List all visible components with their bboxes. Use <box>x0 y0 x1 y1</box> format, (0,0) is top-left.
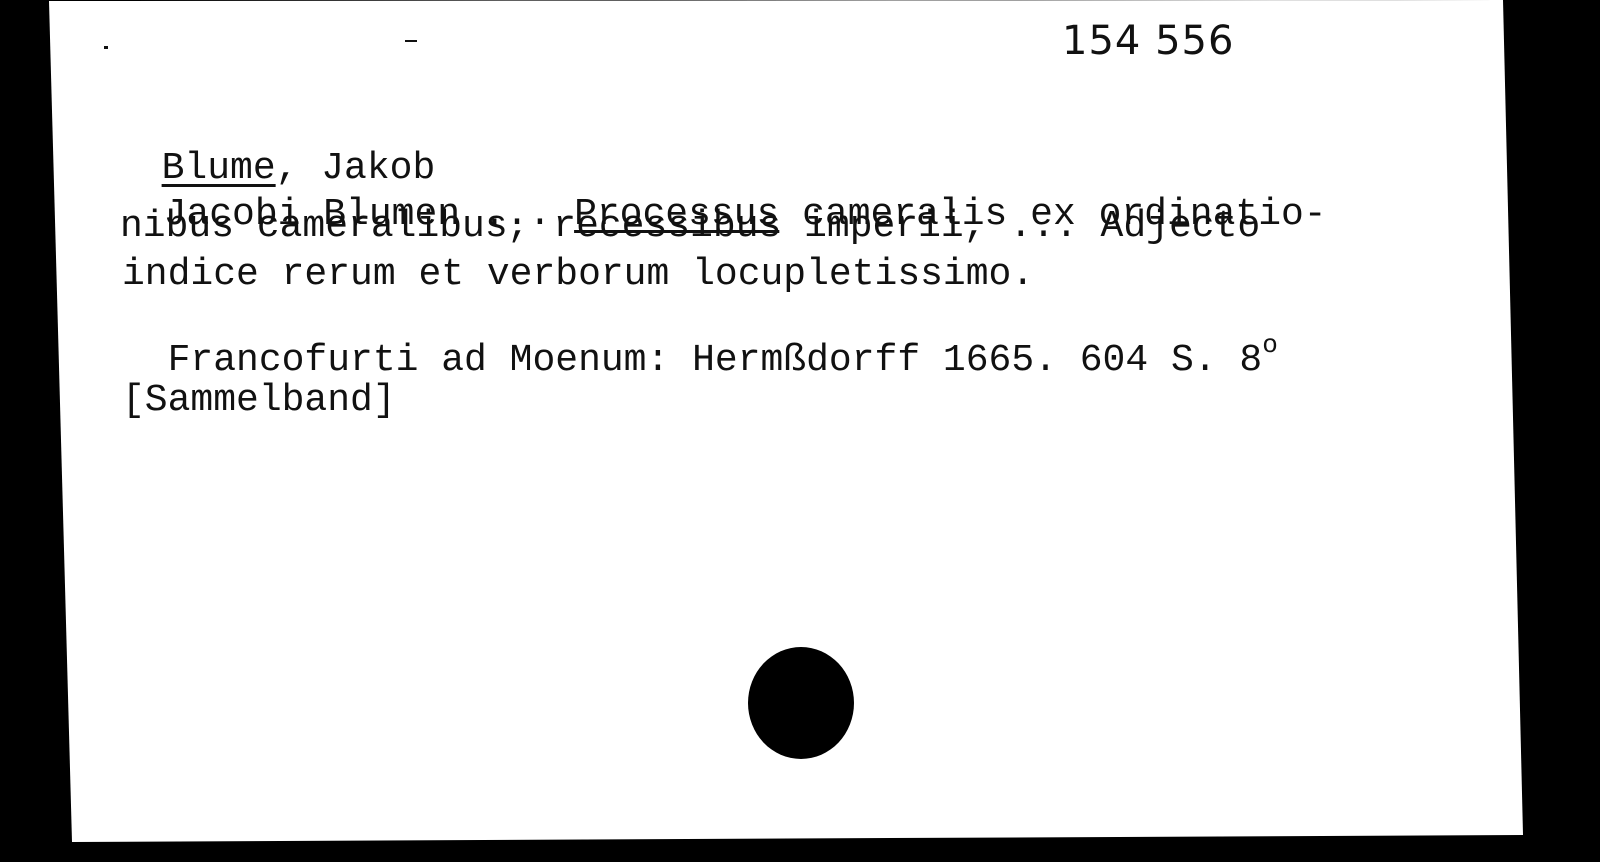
punch-hole <box>748 647 854 759</box>
title-line-3: indice rerum et verborum locupletissimo. <box>122 256 1034 294</box>
format-degree: o <box>1262 330 1278 360</box>
imprint-line: Francofurti ad Moenum: Hermßdorff 1665. … <box>122 304 1278 380</box>
imprint-text: Francofurti ad Moenum: Hermßdorff 1665. … <box>168 339 1263 382</box>
dash-mark <box>405 40 417 42</box>
speck <box>104 46 108 49</box>
title-line-2: nibus cameralibus, recessibus imperii, .… <box>120 208 1260 246</box>
note-sammelband: [Sammelband] <box>122 382 396 420</box>
call-number: 154 556 <box>1062 18 1234 64</box>
